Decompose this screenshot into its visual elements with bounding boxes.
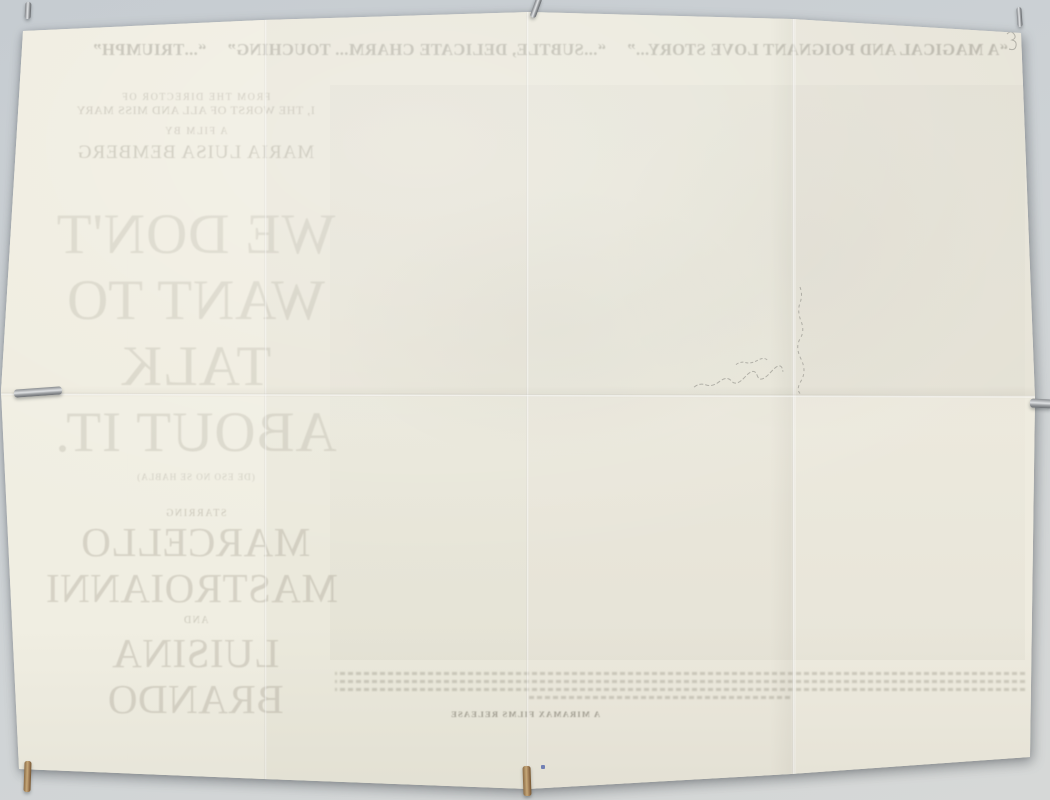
- pushpin-bottom-center: [522, 766, 531, 796]
- folded-poster-back: “A MAGICAL AND POIGNANT LOVE STORY...” “…: [0, 0, 1050, 800]
- ink-speck: [541, 765, 545, 769]
- pushpin-top-left: [25, 2, 32, 19]
- photo-backdrop: “A MAGICAL AND POIGNANT LOVE STORY...” “…: [0, 0, 1050, 800]
- pencil-mark: [1002, 26, 1024, 52]
- pushpin-bottom-left: [23, 761, 31, 792]
- paper-lighting: [0, 0, 1050, 800]
- poster-shadow-wrap: “A MAGICAL AND POIGNANT LOVE STORY...” “…: [0, 0, 1050, 800]
- pushpin-middle-right: [1030, 398, 1050, 408]
- pencil-note-vertical: [793, 283, 807, 401]
